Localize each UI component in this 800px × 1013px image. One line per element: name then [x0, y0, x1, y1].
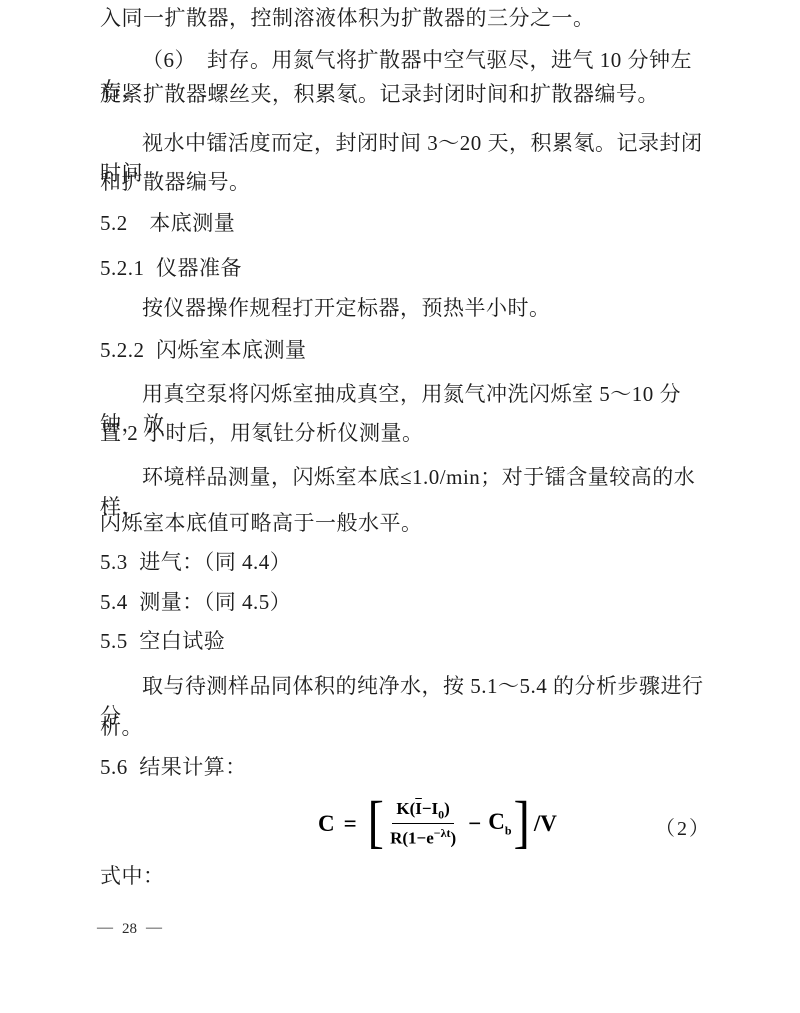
numerator-text: −I — [422, 799, 438, 818]
page-number: 28 — [122, 921, 137, 938]
formula-lhs: C — [318, 811, 335, 837]
fraction-denominator: R(1−e−λt) — [390, 824, 456, 849]
formula-fraction: K(I−I0) R(1−e−λt) — [390, 799, 456, 850]
body-line: 置 2 小时后，用氡钍分析仪测量。 — [100, 418, 718, 448]
equation-block: C = [ K(I−I0) R(1−e−λt) − Cb ] /V （2） — [0, 788, 800, 860]
body-line: 和扩散器编号。 — [100, 167, 718, 197]
page-footer: — 28 — — [97, 920, 162, 938]
cb-subscript: b — [505, 824, 512, 838]
section-heading: 5.4 测量：（同 4.5） — [100, 587, 718, 617]
right-bracket: ] — [513, 797, 529, 846]
body-line: 旋紧扩散器螺丝夹，积累氡。记录封闭时间和扩散器编号。 — [100, 79, 718, 109]
body-line: 入同一扩散器，控制溶液体积为扩散器的三分之一。 — [100, 3, 718, 33]
denominator-text: R(1−e — [390, 829, 434, 848]
i-bar: I — [415, 799, 422, 818]
document-page: 入同一扩散器，控制溶液体积为扩散器的三分之一。 （6） 封存。用氮气将扩散器中空… — [0, 0, 800, 1013]
formula-equals: = — [344, 811, 357, 837]
denominator-exponent: −λt — [434, 826, 451, 840]
formula-cb: Cb — [488, 809, 511, 839]
section-heading: 5.6 结果计算： — [100, 752, 718, 782]
numerator-text: ) — [444, 799, 450, 818]
body-line: 闪烁室本底值可略高于一般水平。 — [100, 508, 718, 538]
cb-base: C — [488, 809, 505, 834]
denominator-text: ) — [450, 829, 456, 848]
section-heading: 5.3 进气：（同 4.4） — [100, 547, 718, 577]
section-heading: 5.2.1 仪器准备 — [100, 253, 718, 283]
numerator-text: K( — [396, 799, 415, 818]
equation-number: （2） — [655, 812, 711, 841]
footer-dash-right: — — [146, 919, 162, 937]
fraction-numerator: K(I−I0) — [392, 799, 454, 825]
formula-minus: − — [468, 811, 481, 837]
formula-expression: C = [ K(I−I0) R(1−e−λt) − Cb ] /V — [318, 788, 557, 860]
body-line: 式中： — [100, 861, 718, 891]
body-line: 析。 — [100, 712, 718, 742]
left-bracket: [ — [367, 797, 383, 846]
section-heading: 5.2 本底测量 — [100, 208, 718, 238]
section-heading: 5.5 空白试验 — [100, 626, 718, 656]
footer-dash-left: — — [97, 919, 113, 937]
formula-over-v: /V — [534, 811, 557, 837]
section-heading: 5.2.2 闪烁室本底测量 — [100, 335, 718, 365]
body-line: 按仪器操作规程打开定标器，预热半小时。 — [100, 293, 718, 323]
